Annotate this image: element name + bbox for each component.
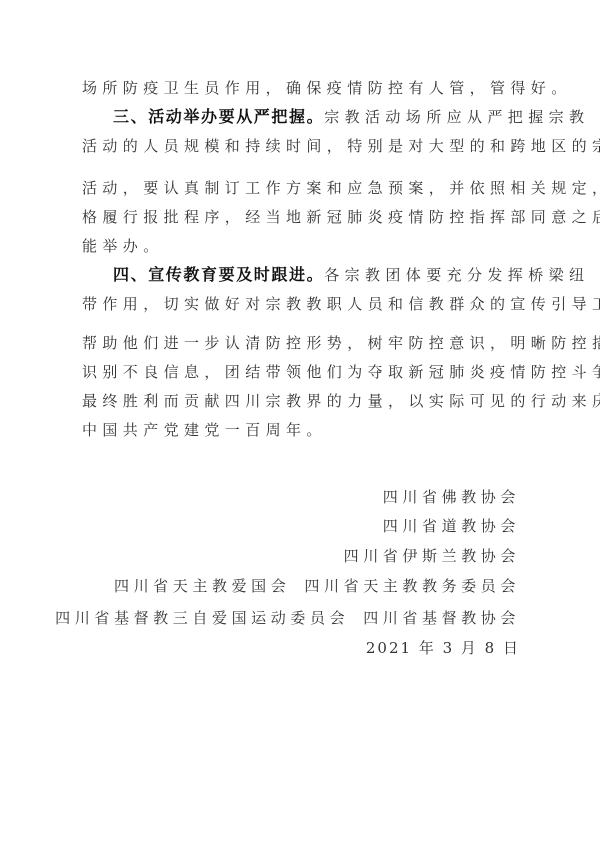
body-text: 宗教活动场所应从严把握宗教 (324, 108, 589, 126)
section-3-heading: 三、活动举办要从严把握。 (113, 107, 324, 126)
body-text-line: 识别不良信息，团结带领他们为夺取新冠肺炎疫情防控斗争的 (82, 362, 522, 382)
section-4-heading: 四、宣传教育要及时跟进。 (113, 265, 324, 284)
signatory-catholic-patriotic: 四川省天主教爱国会 (114, 577, 290, 595)
signatory-christian-council: 四川省基督教协会 (363, 609, 520, 627)
signatory-islamic: 四川省伊斯兰教协会 (344, 546, 520, 566)
section-4-paragraph: 四、宣传教育要及时跟进。各宗教团体要充分发挥桥梁纽 (113, 265, 553, 285)
body-text-line: 活动，要认真制订工作方案和应急预案，并依照相关规定，严 (82, 178, 522, 198)
body-text-line: 帮助他们进一步认清防控形势，树牢防控意识，明晰防控措施， (82, 333, 522, 353)
body-text-line: 场所防疫卫生员作用，确保疫情防控有人管，管得好。 (82, 78, 522, 98)
section-3-paragraph: 三、活动举办要从严把握。宗教活动场所应从严把握宗教 (113, 107, 553, 127)
document-date: 2021 年 3 月 8 日 (366, 638, 520, 658)
body-text-line: 中国共产党建党一百周年。 (82, 420, 522, 440)
document-page: 场所防疫卫生员作用，确保疫情防控有人管，管得好。 三、活动举办要从严把握。宗教活… (0, 0, 600, 849)
body-text: 各宗教团体要充分发挥桥梁纽 (324, 266, 589, 284)
signatory-taoist: 四川省道教协会 (383, 516, 520, 536)
signatory-row-catholic: 四川省天主教爱国会四川省天主教教务委员会 (114, 576, 520, 596)
signatory-christian-tspm: 四川省基督教三自爱国运动委员会 (55, 609, 349, 627)
body-text-line: 能举办。 (82, 236, 522, 256)
body-text-line: 格履行报批程序，经当地新冠肺炎疫情防控指挥部同意之后方 (82, 207, 522, 227)
signatory-row-christian: 四川省基督教三自爱国运动委员会四川省基督教协会 (55, 608, 520, 628)
signatory-catholic-affairs: 四川省天主教教务委员会 (304, 577, 520, 595)
body-text-line: 最终胜利而贡献四川宗教界的力量，以实际可见的行动来庆祝 (82, 391, 522, 411)
body-text-line: 带作用，切实做好对宗教教职人员和信教群众的宣传引导工作， (82, 294, 522, 314)
body-text-line: 活动的人员规模和持续时间，特别是对大型的和跨地区的宗教 (82, 136, 522, 156)
signatory-buddhist: 四川省佛教协会 (383, 487, 520, 507)
